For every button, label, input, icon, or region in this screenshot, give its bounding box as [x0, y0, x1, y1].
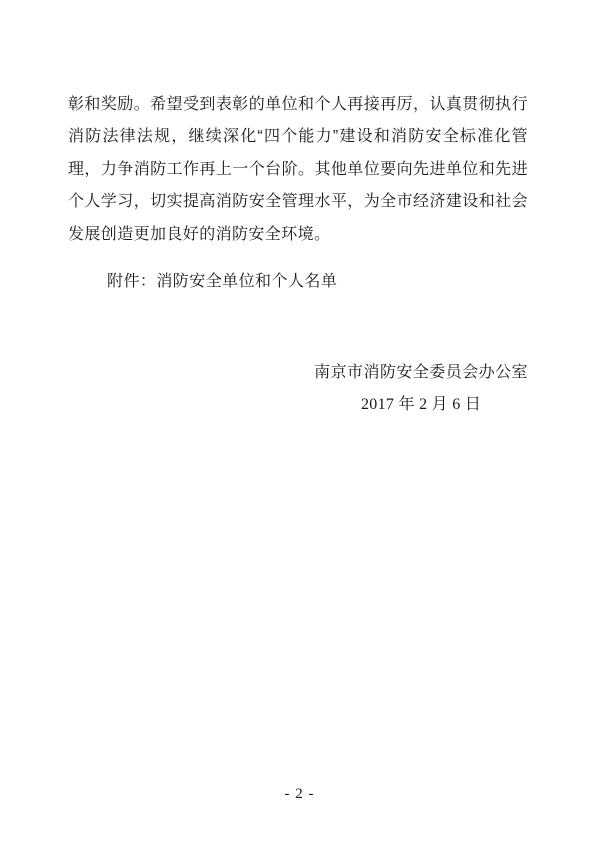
- paragraph-line-3: 理，力争消防工作再上一个台阶。其他单位要向先进单位和先进: [68, 154, 528, 186]
- attachment-line: 附件：消防安全单位和个人名单: [107, 266, 337, 298]
- paragraph-line-2: 消防法律法规，继续深化“四个能力”建设和消防安全标准化管: [68, 121, 528, 153]
- page-number: - 2 -: [0, 786, 599, 803]
- signature-block: 南京市消防安全委员会办公室 2017 年 2 月 6 日: [314, 357, 528, 422]
- paragraph-line-1: 彰和奖励。希望受到表彰的单位和个人再接再厉，认真贯彻执行: [68, 89, 528, 121]
- document-page: 彰和奖励。希望受到表彰的单位和个人再接再厉，认真贯彻执行 消防法律法规，继续深化…: [0, 0, 599, 849]
- signature-organization: 南京市消防安全委员会办公室: [314, 357, 528, 389]
- paragraph-line-4: 个人学习，切实提高消防安全管理水平，为全市经济建设和社会: [68, 186, 528, 218]
- signature-date: 2017 年 2 月 6 日: [314, 389, 528, 421]
- paragraph-line-5: 发展创造更加良好的消防安全环境。: [68, 219, 528, 251]
- body-paragraph: 彰和奖励。希望受到表彰的单位和个人再接再厉，认真贯彻执行 消防法律法规，继续深化…: [68, 89, 528, 251]
